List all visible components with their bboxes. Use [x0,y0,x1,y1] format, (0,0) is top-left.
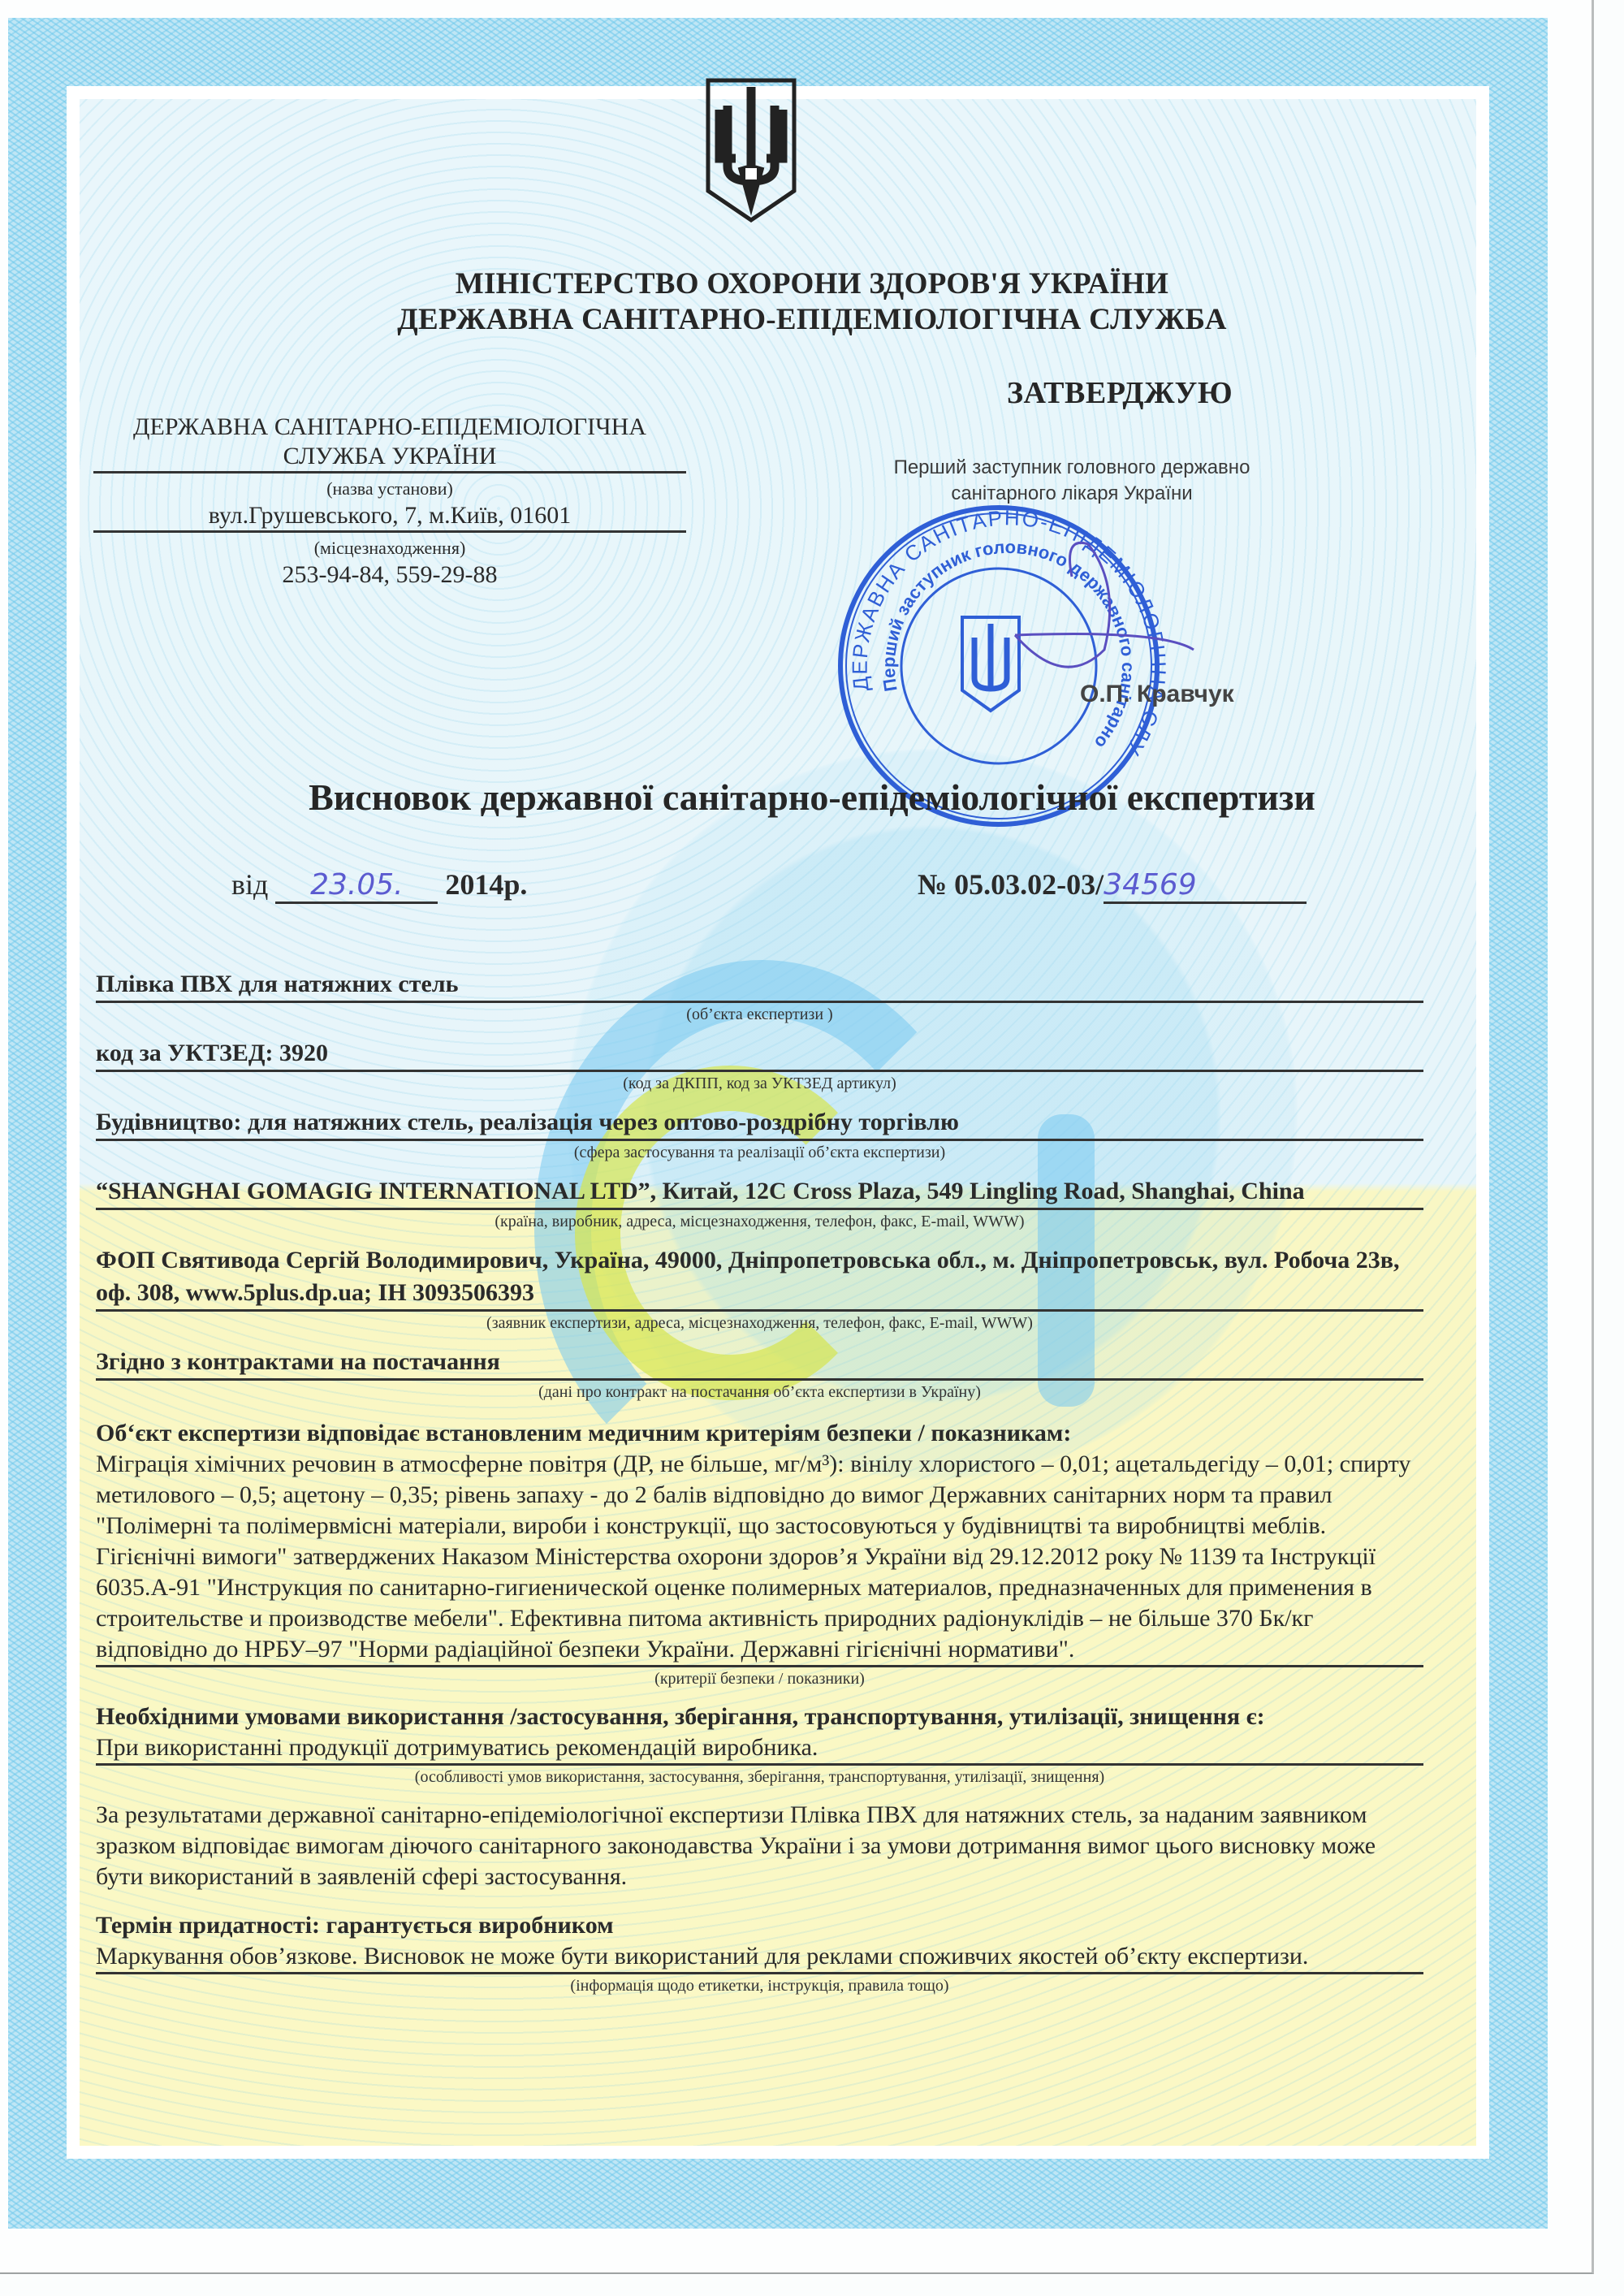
institution-name-line2: СЛУЖБА УКРАЇНИ [93,442,686,473]
approver-position-line1: Перший заступник головного державно [861,455,1283,481]
manufacturer-row: “SHANGHAI GOMAGIG INTERNATIONAL LTD”, Ки… [96,1175,1423,1233]
institution-address-caption: (місцезнаходження) [93,536,686,560]
scope-caption: (сфера застосування та реалізації об’єкт… [96,1141,1423,1164]
ministry-header: МІНІСТЕРСТВО ОХОРОНИ ЗДОРОВ'Я УКРАЇНИ ДЕ… [0,266,1624,338]
labeling-row: Маркування обов’язкове. Висновок не може… [96,1941,1423,1997]
applicant-value: ФОП Святивода Сергій Володимирович, Укра… [96,1244,1423,1312]
conditions-row: Необхідними умовами використання /застос… [96,1701,1423,1788]
expertise-form: Плівка ПВХ для натяжних стель (об’єкта е… [96,968,1423,2008]
shelf-life: Термін придатності: гарантується виробни… [96,1910,1423,1941]
applicant-caption: (заявник експертизи, адреса, місцезнаход… [96,1312,1423,1334]
date-field: від 23.05. 2014р. [231,867,527,904]
institution-block: ДЕРЖАВНА САНІТАРНО-ЕПІДЕМІОЛОГІЧНА СЛУЖБ… [93,413,686,590]
criteria-heading: Об‘єкт експертизи відповідає встановлени… [96,1418,1423,1449]
conclusion-text: За результатами державної санітарно-епід… [96,1800,1423,1892]
signatory-name: О.П. Кравчук [1080,681,1234,708]
scope-row: Будівництво: для натяжних стель, реаліза… [96,1106,1423,1164]
number-prefix: № 05.03.02-03/ [918,868,1104,901]
date-prefix: від [231,868,268,901]
code-value: код за УКТЗЕД: 3920 [96,1037,1423,1072]
scope-value: Будівництво: для натяжних стель, реаліза… [96,1106,1423,1141]
conditions-caption: (особливості умов використання, застосув… [96,1766,1423,1788]
labeling-caption: (інформація щодо етикетки, інструкція, п… [96,1974,1423,1997]
criteria-caption: (критерії безпеки / показники) [96,1667,1423,1690]
date-year: 2014р. [445,868,527,901]
code-caption: (код за ДКПП, код за УКТЗЕД артикул) [96,1072,1423,1095]
number-handwritten: 34569 [1104,868,1307,904]
object-row: Плівка ПВХ для натяжних стель (об’єкта е… [96,968,1423,1026]
conditions-heading: Необхідними умовами використання /застос… [96,1701,1423,1732]
ukraine-coat-of-arms-icon [703,77,799,223]
labeling-body: Маркування обов’язкове. Висновок не може… [96,1941,1423,1974]
institution-name-line1: ДЕРЖАВНА САНІТАРНО-ЕПІДЕМІОЛОГІЧНА [93,413,686,442]
ministry-name: МІНІСТЕРСТВО ОХОРОНИ ЗДОРОВ'Я УКРАЇНИ [0,266,1624,302]
code-row: код за УКТЗЕД: 3920 (код за ДКПП, код за… [96,1037,1423,1095]
date-handwritten: 23.05. [275,868,438,904]
applicant-row: ФОП Святивода Сергій Володимирович, Укра… [96,1244,1423,1334]
manufacturer-value: “SHANGHAI GOMAGIG INTERNATIONAL LTD”, Ки… [96,1175,1423,1210]
object-value: Плівка ПВХ для натяжних стель [96,968,1423,1003]
institution-name-caption: (назва установи) [93,477,686,501]
document-title: Висновок державної санітарно-епідеміолог… [0,776,1624,819]
institution-address: вул.Грушевського, 7, м.Київ, 01601 [93,501,686,533]
contract-caption: (дані про контракт на постачання об’єкта… [96,1381,1423,1403]
service-name: ДЕРЖАВНА САНІТАРНО-ЕПІДЕМІОЛОГІЧНА СЛУЖБ… [0,302,1624,338]
contract-row: Згідно з контрактами на постачання (дані… [96,1346,1423,1403]
manufacturer-caption: (країна, виробник, адреса, місцезнаходже… [96,1210,1423,1233]
number-field: № 05.03.02-03/34569 [918,867,1307,904]
criteria-row: Об‘єкт експертизи відповідає встановлени… [96,1418,1423,1690]
conditions-body: При використанні продукції дотримуватись… [96,1732,1423,1766]
object-caption: (об’єкта експертизи ) [96,1003,1423,1026]
criteria-body: Міграція хімічних речовин в атмосферне п… [96,1449,1423,1667]
institution-phones: 253-94-84, 559-29-88 [93,560,686,590]
approve-heading: ЗАТВЕРДЖУЮ [1007,375,1233,411]
contract-value: Згідно з контрактами на постачання [96,1346,1423,1381]
